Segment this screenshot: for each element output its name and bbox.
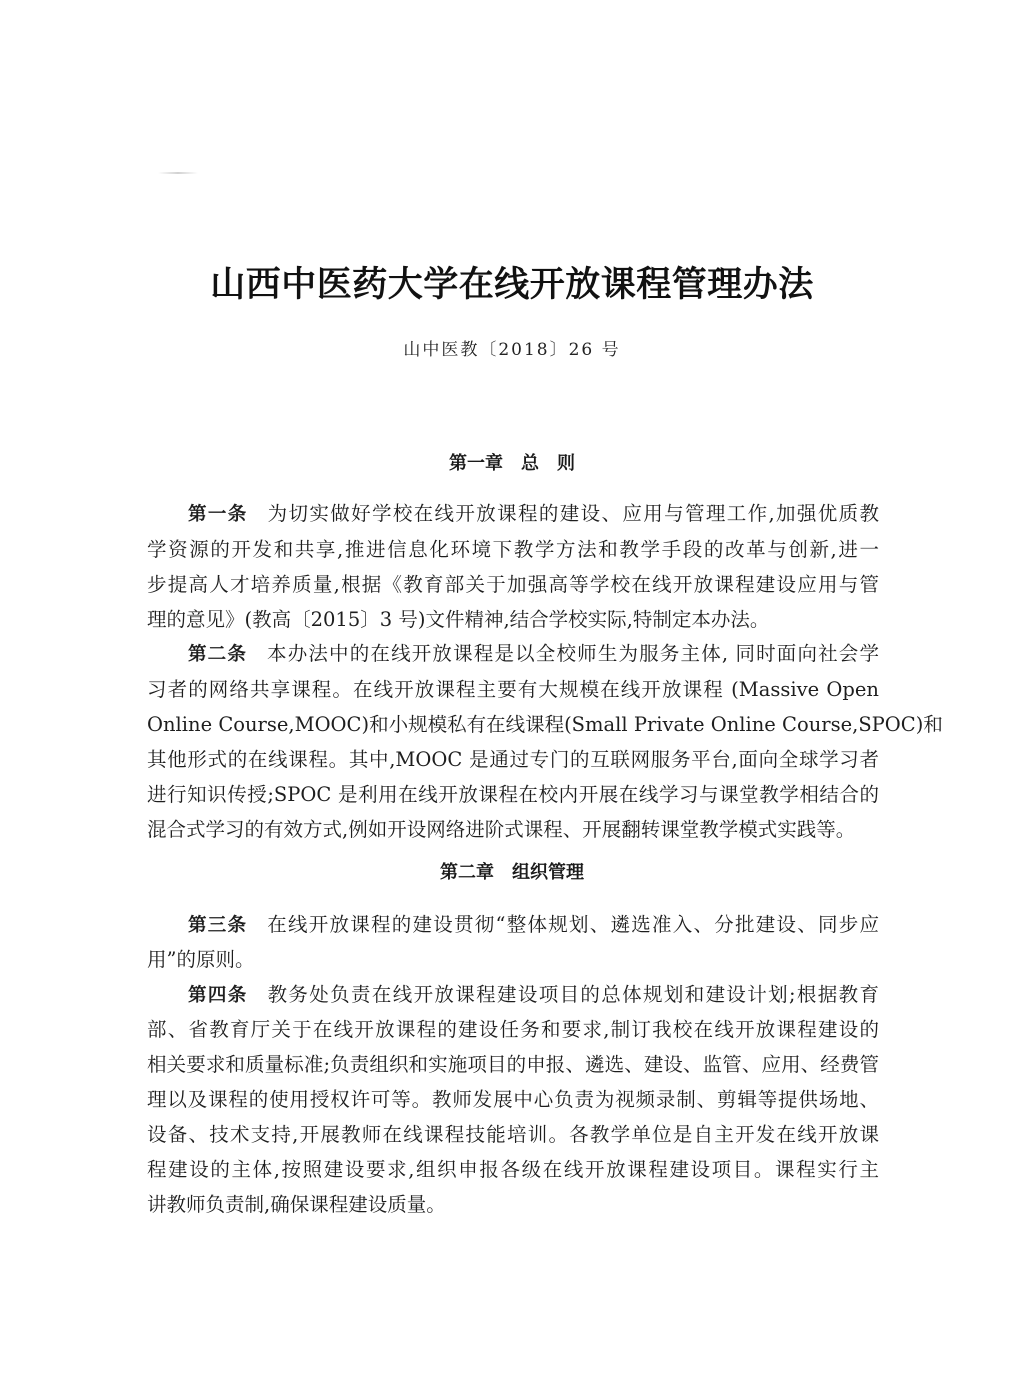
scan-artifact [158, 172, 198, 174]
chapter-1-heading: 第一章 总 则 [0, 451, 1024, 477]
article-2-line-1: 第二条本办法中的在线开放课程是以全校师生为服务主体, 同时面向社会学 [188, 640, 879, 669]
article-2-line-4: 其他形式的在线课程。其中,MOOC 是通过专门的互联网服务平台,面向全球学习者 [147, 746, 879, 774]
article-3-text: 在线开放课程的建设贯彻“整体规划、遴选准入、分批建设、同步应 [267, 913, 879, 936]
document-number: 山中医教〔2018〕26 号 [0, 338, 1024, 362]
article-4-line-5: 设备、技术支持,开展教师在线课程技能培训。各教学单位是自主开发在线开放课 [147, 1121, 879, 1149]
article-3-line-2: 用”的原则。 [147, 946, 879, 974]
article-2-label: 第二条 [188, 644, 247, 665]
article-2-line-3: Online Course,MOOC)和小规模私有在线课程(Small Priv… [147, 711, 879, 739]
article-3-label: 第三条 [188, 915, 247, 936]
article-2-line-6: 混合式学习的有效方式,例如开设网络进阶式课程、开展翻转课堂教学模式实践等。 [147, 816, 879, 844]
article-4-line-6: 程建设的主体,按照建设要求,组织申报各级在线开放课程建设项目。课程实行主 [147, 1156, 879, 1184]
article-2-line-2: 习者的网络共享课程。在线开放课程主要有大规模在线开放课程 (Massive Op… [147, 676, 879, 704]
article-1-label: 第一条 [188, 504, 248, 525]
article-1-text: 为切实做好学校在线开放课程的建设、应用与管理工作,加强优质教 [268, 502, 879, 525]
document-page: 山西中医药大学在线开放课程管理办法 山中医教〔2018〕26 号 第一章 总 则… [0, 0, 1024, 1379]
chapter-2-heading: 第二章 组织管理 [0, 860, 1024, 886]
article-2-line-5: 进行知识传授;SPOC 是利用在线开放课程在校内开展在线学习与课堂教学相结合的 [147, 781, 879, 809]
article-4-line-4: 理以及课程的使用授权许可等。教师发展中心负责为视频录制、剪辑等提供场地、 [147, 1086, 879, 1114]
article-1-line-4: 理的意见》(教高〔2015〕3 号)文件精神,结合学校实际,特制定本办法。 [147, 606, 879, 634]
article-4-label: 第四条 [188, 985, 248, 1006]
article-1-line-1: 第一条为切实做好学校在线开放课程的建设、应用与管理工作,加强优质教 [188, 500, 879, 529]
article-4-line-7: 讲教师负责制,确保课程建设质量。 [147, 1191, 879, 1219]
article-1-line-3: 步提高人才培养质量,根据《教育部关于加强高等学校在线开放课程建设应用与管 [147, 571, 879, 599]
article-1-line-2: 学资源的开发和共享,推进信息化环境下教学方法和教学手段的改革与创新,进一 [147, 536, 879, 564]
article-4-text: 教务处负责在线开放课程建设项目的总体规划和建设计划;根据教育 [268, 983, 879, 1006]
article-4-line-2: 部、省教育厅关于在线开放课程的建设任务和要求,制订我校在线开放课程建设的 [147, 1016, 879, 1044]
document-title: 山西中医药大学在线开放课程管理办法 [0, 262, 1024, 308]
article-2-text: 本办法中的在线开放课程是以全校师生为服务主体, 同时面向社会学 [267, 642, 879, 665]
article-3-line-1: 第三条在线开放课程的建设贯彻“整体规划、遴选准入、分批建设、同步应 [188, 911, 879, 940]
article-4-line-3: 相关要求和质量标准;负责组织和实施项目的申报、遴选、建设、监管、应用、经费管 [147, 1051, 879, 1079]
article-4-line-1: 第四条教务处负责在线开放课程建设项目的总体规划和建设计划;根据教育 [188, 981, 879, 1010]
